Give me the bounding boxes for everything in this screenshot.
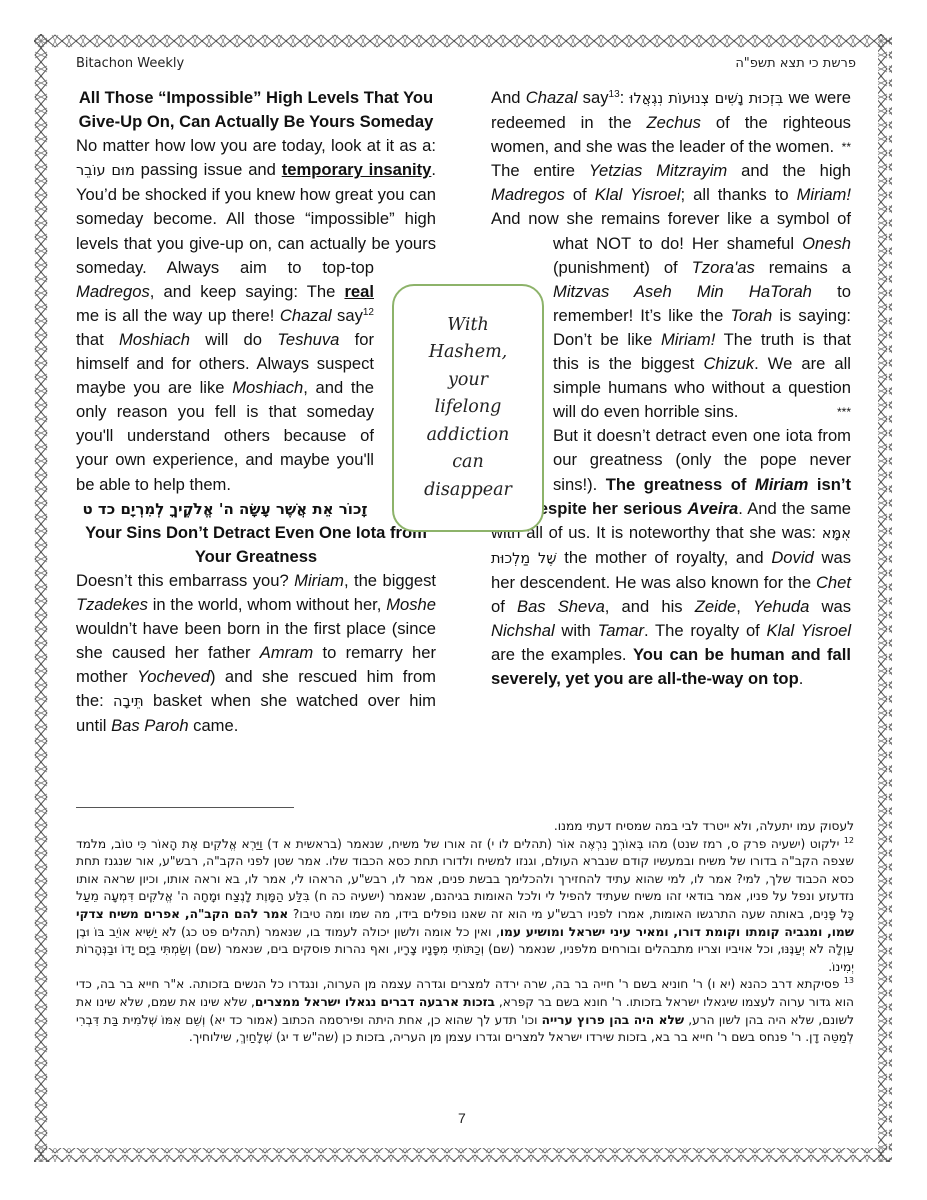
text: say: [332, 306, 363, 325]
left-column: All Those “Impossible” High Levels That …: [76, 86, 436, 739]
article-heading-1: All Those “Impossible” High Levels That …: [76, 86, 436, 134]
text: with: [555, 621, 598, 640]
section-separator: **: [842, 135, 851, 159]
text: Doesn’t this embarrass you?: [76, 571, 294, 590]
footnote-number: 13: [844, 976, 854, 985]
text: And: [491, 88, 526, 107]
text: , and keep saying: The: [150, 282, 345, 301]
italic-term: Yehuda: [753, 597, 809, 616]
callout-line: lifelong: [424, 394, 512, 422]
italic-term: Teshuva: [277, 330, 339, 349]
italic-term: Onesh: [802, 234, 851, 253]
text: are the examples.: [491, 645, 633, 664]
text: say: [577, 88, 608, 107]
text: of: [565, 185, 595, 204]
footnote-separator: [76, 807, 294, 808]
italic-term: Chet: [816, 573, 851, 592]
italic-term: Madregos: [76, 282, 150, 301]
text: , the biggest: [344, 571, 436, 590]
italic-term: Amram: [260, 643, 313, 662]
italic-term: Tzadekes: [76, 595, 148, 614]
footnote-number: 12: [844, 836, 854, 845]
italic-term: Zechus: [647, 113, 701, 132]
paragraph: No matter how low you are today, look at…: [76, 134, 436, 496]
text: of: [491, 597, 517, 616]
italic-term: Moshiach: [119, 330, 190, 349]
hebrew-phrase: תֵּיבָה: [113, 694, 144, 710]
italic-term: Chizuk: [703, 354, 754, 373]
text: . The royalty of: [644, 621, 766, 640]
bold-italic-term: Miriam: [755, 475, 808, 494]
italic-term: Chazal: [526, 88, 578, 107]
italic-term: Torah: [730, 306, 772, 325]
bold-text: The greatness of: [606, 475, 755, 494]
page-number: 7: [458, 1110, 466, 1126]
text: No matter how low you are today, look at…: [76, 136, 436, 155]
hebrew-phrase: בִּזְכוּת נָשִׁים צְנוּעוֹת נִגְאֲלוּ: [630, 91, 784, 107]
callout-text: With Hashem, your lifelong addiction can…: [424, 312, 512, 505]
italic-term: Madregos: [491, 185, 565, 204]
italic-term: Tamar: [598, 621, 644, 640]
text: and the high: [727, 161, 851, 180]
italic-term: Yetzias Mitzrayim: [589, 161, 727, 180]
footnotes: לעסוק עמו יתעלה, ולא ייטרד לבי במה שמסיח…: [76, 818, 854, 1047]
text: in the world, whom without her,: [148, 595, 386, 614]
callout-line: With: [424, 312, 512, 340]
callout-line: Hashem,: [424, 339, 512, 367]
text: came.: [189, 716, 239, 735]
footnote-13: 13 פסיקתא דרב כהנא (יא ו) ר' חוניא בשם ר…: [76, 976, 854, 1046]
text: that: [76, 330, 119, 349]
italic-term: Moshiach: [232, 378, 303, 397]
article-heading-2: Your Sins Don’t Detract Even One Iota fr…: [76, 521, 436, 569]
text: :: [620, 88, 630, 107]
italic-term: Miriam!: [661, 330, 715, 349]
section-separator: ***: [837, 400, 851, 424]
text: was: [809, 597, 851, 616]
publication-title: Bitachon Weekly: [76, 56, 184, 71]
text: will do: [190, 330, 277, 349]
footnote-12: 12 ילקוט (ישעיה פרק ס, רמז שנט) מהו בְּא…: [76, 836, 854, 977]
text: remains a: [755, 258, 851, 277]
italic-term: Tzora'as: [692, 258, 755, 277]
text: the mother of royalty, and: [556, 548, 771, 567]
paragraph: And Chazal say13: בִּזְכוּת נָשִׁים צְנו…: [491, 86, 851, 159]
italic-term: Bas Paroh: [111, 716, 188, 735]
callout-line: disappear: [424, 477, 512, 505]
parsha-title: פרשת כי תצא תשפ"ה: [735, 56, 856, 71]
text: (punishment) of: [553, 258, 692, 277]
italic-term: Moshe: [386, 595, 436, 614]
footnote-ref[interactable]: 13: [609, 89, 620, 100]
running-header: Bitachon Weekly פרשת כי תצא תשפ"ה: [76, 56, 856, 76]
text: ,: [736, 597, 753, 616]
paragraph: The entire Yetzias Mitzrayim and the hig…: [491, 159, 851, 424]
bold-italic-term: Aveira: [687, 499, 738, 518]
bold-underlined-text: temporary insanity: [282, 160, 432, 179]
italic-term: Klal Yisroel: [595, 185, 681, 204]
italic-term: Klal Yisroel: [767, 621, 852, 640]
italic-term: Dovid: [771, 548, 813, 567]
footnote-ref[interactable]: 12: [363, 307, 374, 318]
callout-line: addiction: [424, 422, 512, 450]
italic-term: Miriam!: [797, 185, 851, 204]
text: The entire: [491, 161, 589, 180]
text: me is all the way up there!: [76, 306, 280, 325]
italic-term: Nichshal: [491, 621, 555, 640]
right-column: And Chazal say13: בִּזְכוּת נָשִׁים צְנו…: [491, 86, 851, 691]
italic-term: Miriam: [294, 571, 344, 590]
bold-underlined-text: real: [344, 282, 374, 301]
italic-term: Zeide: [695, 597, 737, 616]
callout-line: can: [424, 449, 512, 477]
text: passing issue and: [135, 160, 282, 179]
italic-term: Yocheved: [137, 667, 210, 686]
callout-line: your: [424, 367, 512, 395]
hebrew-phrase: מוּם עוֹבֵר: [76, 163, 135, 179]
text: , and his: [605, 597, 695, 616]
footnote-bold-text: בזכות ארבעה דברים נגאלו ישראל ממצרים: [255, 995, 495, 1009]
text: ; all thanks to: [681, 185, 797, 204]
italic-term: Mitzvas Aseh Min HaTorah: [553, 282, 812, 301]
footnote-bold-text: שלא היה בהן פרוץ ערייה: [542, 1013, 685, 1027]
text: .: [799, 669, 804, 688]
pull-quote-callout: With Hashem, your lifelong addiction can…: [392, 284, 544, 532]
paragraph: Doesn’t this embarrass you? Miriam, the …: [76, 569, 436, 739]
footnote-continuation: לעסוק עמו יתעלה, ולא ייטרד לבי במה שמסיח…: [76, 818, 854, 836]
italic-term: Chazal: [280, 306, 332, 325]
italic-term: Bas Sheva: [517, 597, 605, 616]
